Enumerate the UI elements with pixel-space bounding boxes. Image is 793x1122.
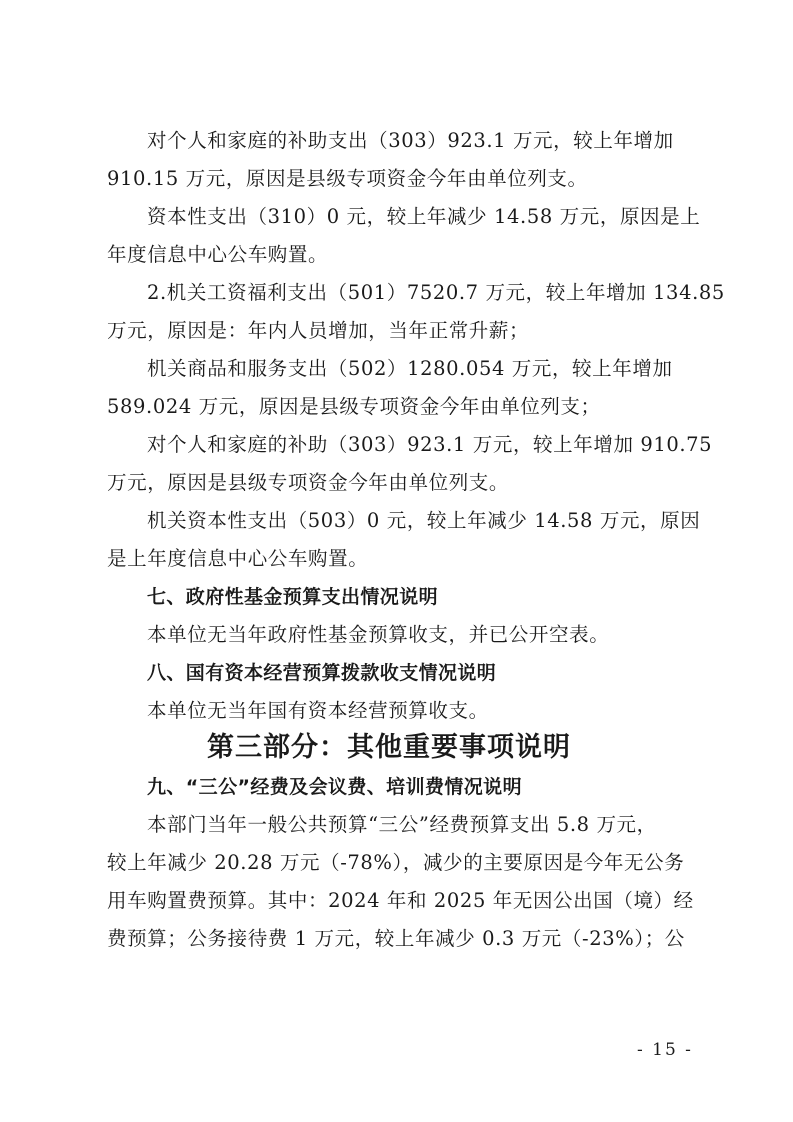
page-number: - 15 - — [637, 1040, 693, 1060]
paragraph-capital-expenditure-503: 机关资本性支出（503）0 元，较上年减少 14.58 万元，原因 是上年度信息… — [107, 502, 671, 578]
text-line: 对个人和家庭的补助支出（303）923.1 万元，较上年增加 — [107, 122, 671, 160]
section-heading-government-fund: 七、政府性基金预算支出情况说明 — [107, 578, 671, 616]
text-line: 机关资本性支出（503）0 元，较上年减少 14.58 万元，原因 — [107, 502, 671, 540]
text-line: 910.15 万元，原因是县级专项资金今年由单位列支。 — [107, 160, 671, 198]
paragraph-capital-expenditure-310: 资本性支出（310）0 元，较上年减少 14.58 万元，原因是上 年度信息中心… — [107, 198, 671, 274]
section-heading-three-public-expenses: 九、“三公”经费及会议费、培训费情况说明 — [107, 768, 671, 806]
text-line: 费预算；公务接待费 1 万元，较上年减少 0.3 万元（-23%）；公 — [107, 920, 671, 958]
text-line: 589.024 万元，原因是县级专项资金今年由单位列支； — [107, 388, 671, 426]
paragraph-salary-welfare-501: 2.机关工资福利支出（501）7520.7 万元，较上年增加 134.85 万元… — [107, 274, 671, 350]
section-heading-state-capital: 八、国有资本经营预算拨款收支情况说明 — [107, 654, 671, 692]
section-body-state-capital: 本单位无当年国有资本经营预算收支。 — [107, 692, 671, 730]
text-line: 万元，原因是县级专项资金今年由单位列支。 — [107, 464, 671, 502]
paragraph-personal-subsidy-303b: 对个人和家庭的补助（303）923.1 万元，较上年增加 910.75 万元，原… — [107, 426, 671, 502]
text-line: 本部门当年一般公共预算“三公”经费预算支出 5.8 万元， — [107, 806, 671, 844]
document-page: 对个人和家庭的补助支出（303）923.1 万元，较上年增加 910.15 万元… — [107, 122, 671, 958]
text-line: 是上年度信息中心公车购置。 — [107, 540, 671, 578]
text-line: 对个人和家庭的补助（303）923.1 万元，较上年增加 910.75 — [107, 426, 671, 464]
text-line: 资本性支出（310）0 元，较上年减少 14.58 万元，原因是上 — [107, 198, 671, 236]
paragraph-three-public-expenses: 本部门当年一般公共预算“三公”经费预算支出 5.8 万元， 较上年减少 20.2… — [107, 806, 671, 958]
text-line: 年度信息中心公车购置。 — [107, 236, 671, 274]
paragraph-personal-subsidy-303: 对个人和家庭的补助支出（303）923.1 万元，较上年增加 910.15 万元… — [107, 122, 671, 198]
part-title: 第三部分：其他重要事项说明 — [107, 728, 671, 768]
text-line: 万元，原因是：年内人员增加，当年正常升薪； — [107, 312, 671, 350]
paragraph-goods-services-502: 机关商品和服务支出（502）1280.054 万元，较上年增加 589.024 … — [107, 350, 671, 426]
text-line: 较上年减少 20.28 万元（-78%），减少的主要原因是今年无公务 — [107, 844, 671, 882]
text-line: 用车购置费预算。其中：2024 年和 2025 年无因公出国（境）经 — [107, 882, 671, 920]
text-line: 机关商品和服务支出（502）1280.054 万元，较上年增加 — [107, 350, 671, 388]
text-line: 2.机关工资福利支出（501）7520.7 万元，较上年增加 134.85 — [107, 274, 671, 312]
section-body-government-fund: 本单位无当年政府性基金预算收支，并已公开空表。 — [107, 616, 671, 654]
